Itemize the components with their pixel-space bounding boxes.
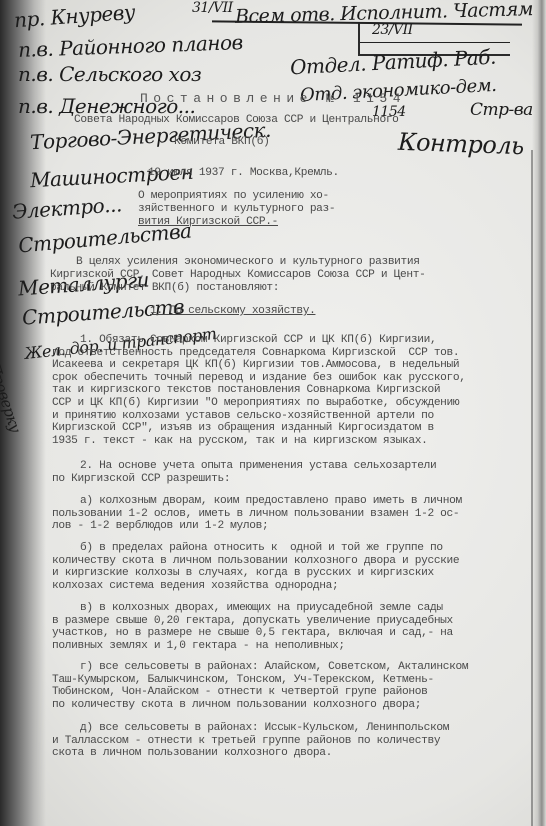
preamble-line-0: В целях усиления экономического и культу… [76,256,420,269]
paragraph-0-line: Исакеева и секретаря ЦК КП(б) Киргизии т… [52,359,459,372]
paragraph-0-line: срок обеспечить точный перевод и издание… [52,372,466,385]
paragraph-0-line: Киргизской ССР", изъяв из обращения изда… [52,422,434,435]
paragraph-2-line: а) колхозным дворам, коим предоставлено … [80,495,462,508]
document-title: Постановление № 1154 [140,93,406,106]
handwritten-right-note-3: Контроль [398,128,525,160]
paragraph-6-line: д) все сельсоветы в районах: Иссык-Кульс… [80,722,449,735]
preamble-line-2: ральный Комитет ВКП(б) постановляют: [50,282,279,295]
paragraph-1-line: 2. На основе учета опыта применения уста… [80,460,436,473]
paragraph-0-line: и принятию колхозами уставов сельско-хоз… [52,410,434,423]
paragraph-6-line: и Талласском - отнести к третьей группе … [52,735,440,748]
handwritten-right-note-0: Отдел. Ратиф. Раб. [290,45,497,80]
paragraph-5-line: г) все сельсоветы в районах: Алайском, С… [80,661,468,674]
paragraph-0-line: так и киргизского текстов постановления … [52,384,440,397]
paragraph-5-line: Таш-Кумырском, Балыкчинском, Тонском, Уч… [52,674,434,687]
paragraph-2-line: лов - 1-2 верблюдов или 1-2 мулов; [52,520,268,533]
routing-line [360,42,510,43]
issuer-line-2: Комитета ВКП(б) [174,136,269,149]
paragraph-1-line: по Киргизской ССР разрешить: [52,473,230,486]
paragraph-5-line: Тюбинском, Чон-Алайском - отнести к четв… [52,686,427,699]
subject-line-1: зяйственного и культурного раз- [138,203,335,216]
subject-line-0: О мероприятиях по усилению хо- [138,190,329,203]
section-heading: 1. По сельскому хозяйству. [150,305,315,318]
scan-edge [532,0,546,826]
paragraph-3-line: колхозах система ведения хозяйства однор… [52,580,338,593]
issuer-line-1: Совета Народных Комиссаров Союза ССР и Ц… [74,114,399,127]
paragraph-0-line: ССР и ЦК КП(б) Киргизии "О мероприятиях … [52,397,459,410]
paragraph-3-line: количеству скота в личном пользовании ко… [52,555,459,568]
paragraph-0-line: под ответственность председателя Совнарк… [52,347,459,360]
subject-line-2: вития Киргизской ССР.- [138,216,278,229]
document-page: пр. Кнуреву 31/VII Всем отв. Исполнит. Ч… [0,0,546,826]
paragraph-6-line: скота в личном пользовании колхозного дв… [52,747,332,760]
paragraph-5-line: по количеству скота в личном пользовании… [52,699,421,712]
paragraph-3-line: б) в пределах района относить к одной и … [80,542,443,555]
handwritten-date-stamp: 31/VII [192,0,233,16]
paragraph-0-line: 1. Обязать Совнарком Киргизской ССР и ЦК… [80,334,436,347]
handwritten-distribution-2: п.в. Сельского хоз [18,62,201,86]
paragraph-4-line: в) в колхозных дворах, имеющих на приуса… [80,602,443,615]
handwritten-date-note: 23/VII [372,22,413,38]
preamble-line-1: Киргизской ССР, Совет Народных Комиссаро… [50,269,425,282]
paragraph-4-line: участков, но в размере не свыше 0,5 гект… [52,627,453,640]
date-place: 19 июля 1937 г. Москва,Кремль. [148,167,339,180]
handwritten-right-note-2: Стр-ва [470,100,533,120]
paragraph-3-line: и киргизские колхозы в случаях, когда в … [52,567,434,580]
margin-line [531,150,533,826]
paragraph-2-line: пользовании 1-2 ослов, иметь в личном по… [52,508,459,521]
paragraph-0-line: 1935 г. текст - как на русском, так и на… [52,435,427,448]
paragraph-4-line: поливных землях и 1,0 гектара - на непол… [52,640,345,653]
paragraph-4-line: в размере свыше 0,20 гектара, допускать … [52,615,453,628]
handwritten-distribution-1: п.в. Районного планов [18,30,243,62]
